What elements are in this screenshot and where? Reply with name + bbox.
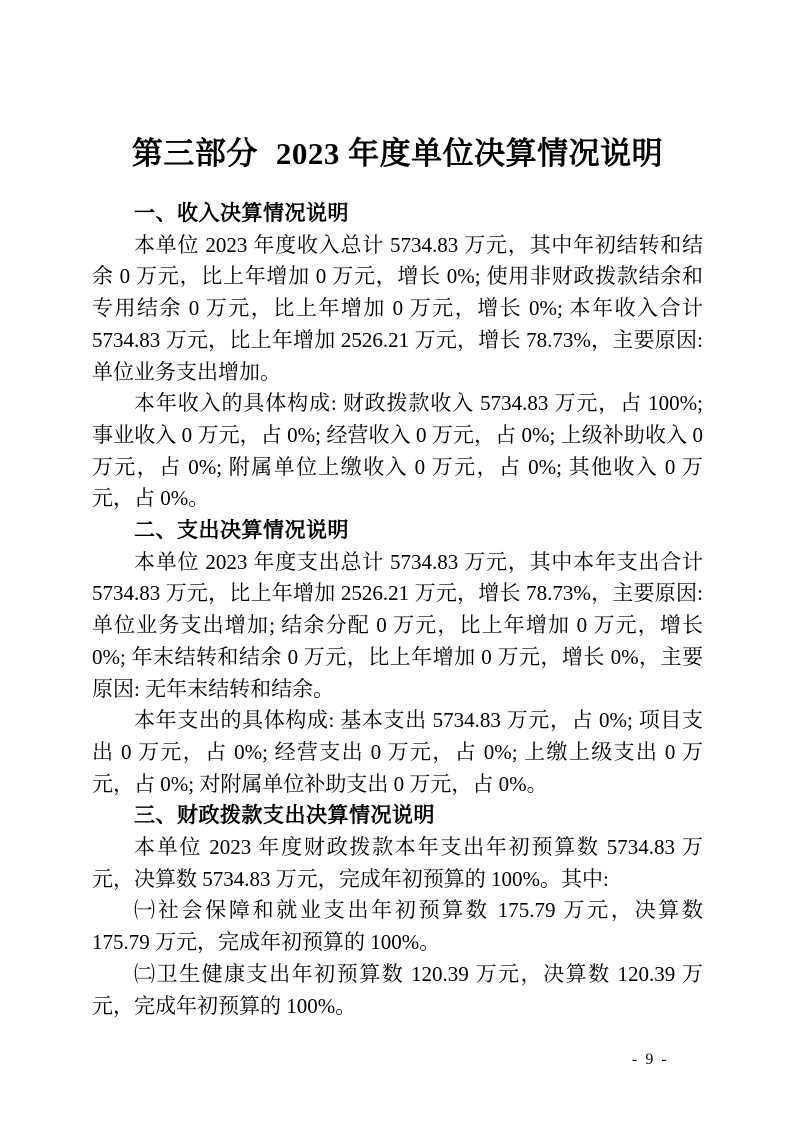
document-page: 第三部分2023 年度单位决算情况说明 一、收入决算情况说明 本单位 2023 … bbox=[0, 0, 793, 1122]
paragraph-fiscal-item-social-security: ㈠社会保障和就业支出年初预算数 175.79 万元，决算数 175.79 万元，… bbox=[92, 895, 703, 958]
paragraph-fiscal-overview: 本单位 2023 年度财政拨款本年支出年初预算数 5734.83 万元，决算数 … bbox=[92, 832, 703, 895]
paragraph-income-totals: 本单位 2023 年度收入总计 5734.83 万元，其中年初结转和结余 0 万… bbox=[92, 230, 703, 389]
section-income: 一、收入决算情况说明 本单位 2023 年度收入总计 5734.83 万元，其中… bbox=[92, 198, 703, 515]
document-content: 第三部分2023 年度单位决算情况说明 一、收入决算情况说明 本单位 2023 … bbox=[92, 132, 703, 1022]
document-title-part2: 2023 年度单位决算情况说明 bbox=[276, 136, 663, 171]
paragraph-expenditure-totals: 本单位 2023 年度支出总计 5734.83 万元，其中本年支出合计 5734… bbox=[92, 547, 703, 706]
section-fiscal-appropriation: 三、财政拨款支出决算情况说明 本单位 2023 年度财政拨款本年支出年初预算数 … bbox=[92, 800, 703, 1022]
page-number: - 9 - bbox=[632, 1051, 669, 1069]
paragraph-income-composition: 本年收入的具体构成: 财政拨款收入 5734.83 万元，占 100%; 事业收… bbox=[92, 388, 703, 515]
document-title-part1: 第三部分 bbox=[132, 136, 258, 171]
section-heading-expenditure: 二、支出决算情况说明 bbox=[92, 515, 703, 547]
paragraph-fiscal-item-health: ㈡卫生健康支出年初预算数 120.39 万元，决算数 120.39 万元，完成年… bbox=[92, 959, 703, 1022]
paragraph-expenditure-composition: 本年支出的具体构成: 基本支出 5734.83 万元，占 0%; 项目支出 0 … bbox=[92, 705, 703, 800]
section-heading-fiscal-appropriation: 三、财政拨款支出决算情况说明 bbox=[92, 800, 703, 832]
document-title: 第三部分2023 年度单位决算情况说明 bbox=[92, 132, 703, 176]
section-heading-income: 一、收入决算情况说明 bbox=[92, 198, 703, 230]
section-expenditure: 二、支出决算情况说明 本单位 2023 年度支出总计 5734.83 万元，其中… bbox=[92, 515, 703, 800]
